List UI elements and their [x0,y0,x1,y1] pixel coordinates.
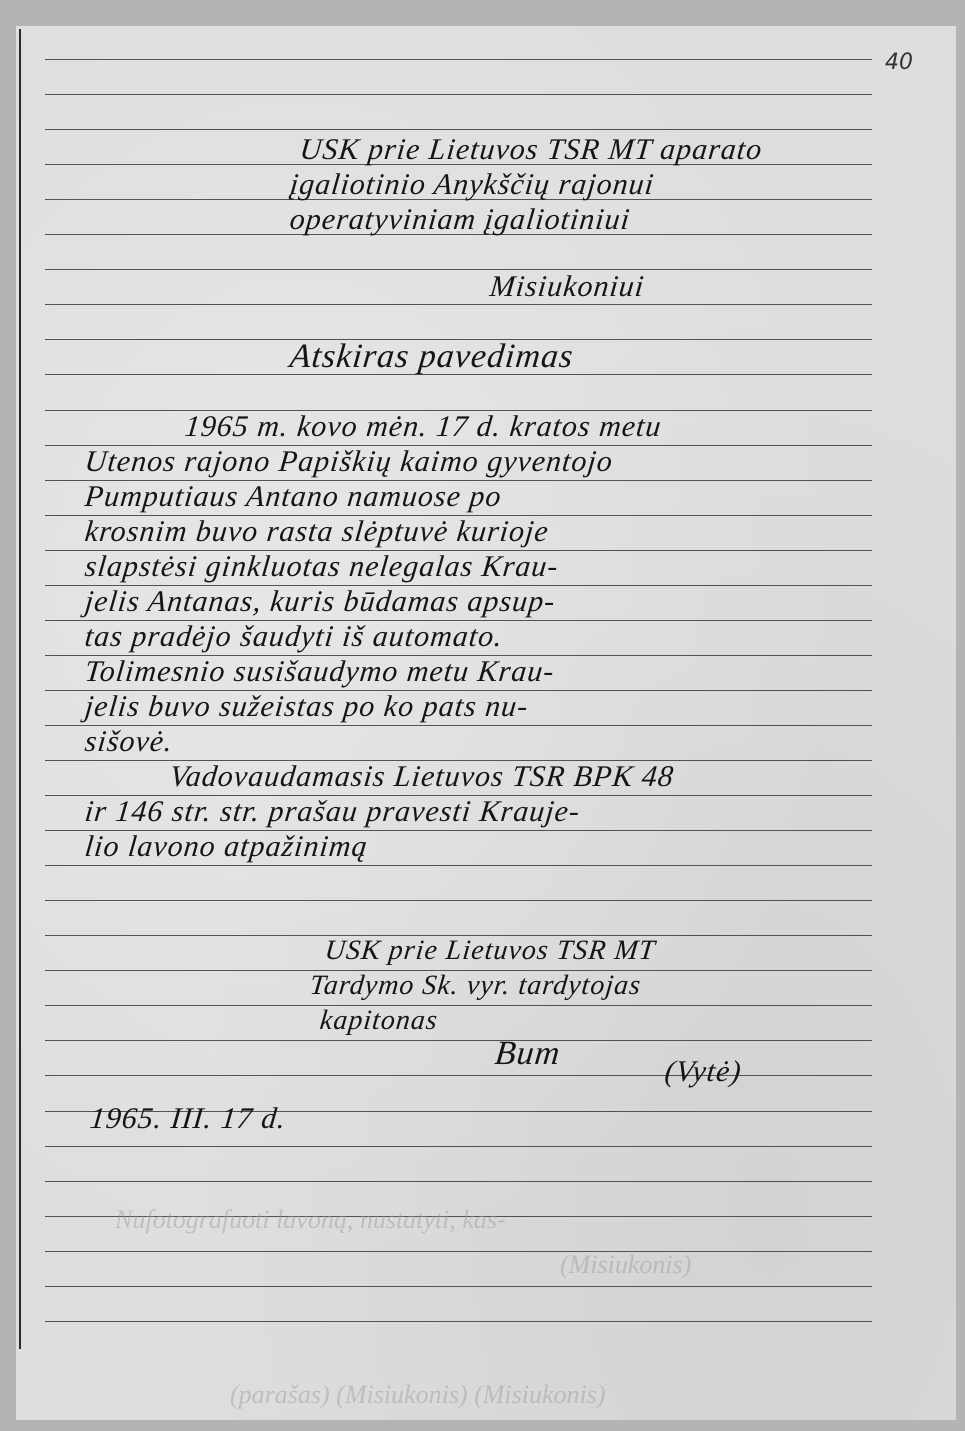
ruled-line [45,1286,872,1287]
body-line: jelis Antanas, kuris būdamas apsup- [83,585,557,619]
addressee-name: Misiukoniui [488,270,646,304]
signer-name: (Vytė) [663,1055,743,1089]
document-title: Atskiras pavedimas [288,338,575,376]
margin-line [19,29,21,1349]
ruled-line [45,269,872,270]
body-line: Tolimesnio susišaudymo metu Krau- [83,655,556,689]
ruled-line [45,1251,872,1252]
body-line: jelis buvo sužeistas po ko pats nu- [83,690,530,724]
ruled-line [45,865,872,866]
signature-block-line: USK prie Lietuvos TSR MT [323,935,657,967]
ruled-line [45,304,872,305]
page-number: 40 [885,50,913,75]
document-date: 1965. III. 17 d. [88,1102,288,1136]
body-line: sišovė. [83,725,174,759]
signature: Bum [493,1035,562,1073]
body-line: Vadovaudamasis Lietuvos TSR BPK 48 [168,760,676,794]
ruled-line [45,1181,872,1182]
addressee-line: įgaliotinio Anykščių rajonui [288,168,656,202]
show-through-text: (parašas) (Misiukonis) (Misiukonis) [230,1380,606,1410]
body-line: krosnim buvo rasta slėptuvė kurioje [83,515,550,549]
body-line: Pumputiaus Antano namuose po [83,480,503,514]
body-line: tas pradėjo šaudyti iš automato. [83,620,504,654]
addressee-line: operatyviniam įgaliotiniui [288,203,632,237]
ruled-line [45,1075,872,1076]
ruled-line [45,900,872,901]
ruled-line [45,1146,872,1147]
ruled-line [45,59,872,60]
addressee-line: USK prie Lietuvos TSR MT aparato [298,133,764,167]
body-line: ir 146 str. str. prašau pravesti Krauje- [83,795,582,829]
signature-block-line: kapitonas [318,1005,439,1037]
ruled-line [45,94,872,95]
body-line: Utenos rajono Papiškių kaimo gyventojo [83,445,614,479]
body-line: slapstėsi ginkluotas nelegalas Krau- [83,550,560,584]
body-line: 1965 m. kovo mėn. 17 d. kratos metu [183,410,663,444]
ruled-line [45,1321,872,1322]
show-through-text: (Misiukonis) [560,1250,691,1280]
ruled-line [45,1040,872,1041]
signature-block-line: Tardymo Sk. vyr. tardytojas [308,970,642,1002]
show-through-text: Nufotografuoti lavoną, nustatyti, kas- [115,1205,506,1235]
body-line: lio lavono atpažinimą [83,830,369,864]
ruled-line [45,1005,872,1006]
ruled-line [45,129,872,130]
